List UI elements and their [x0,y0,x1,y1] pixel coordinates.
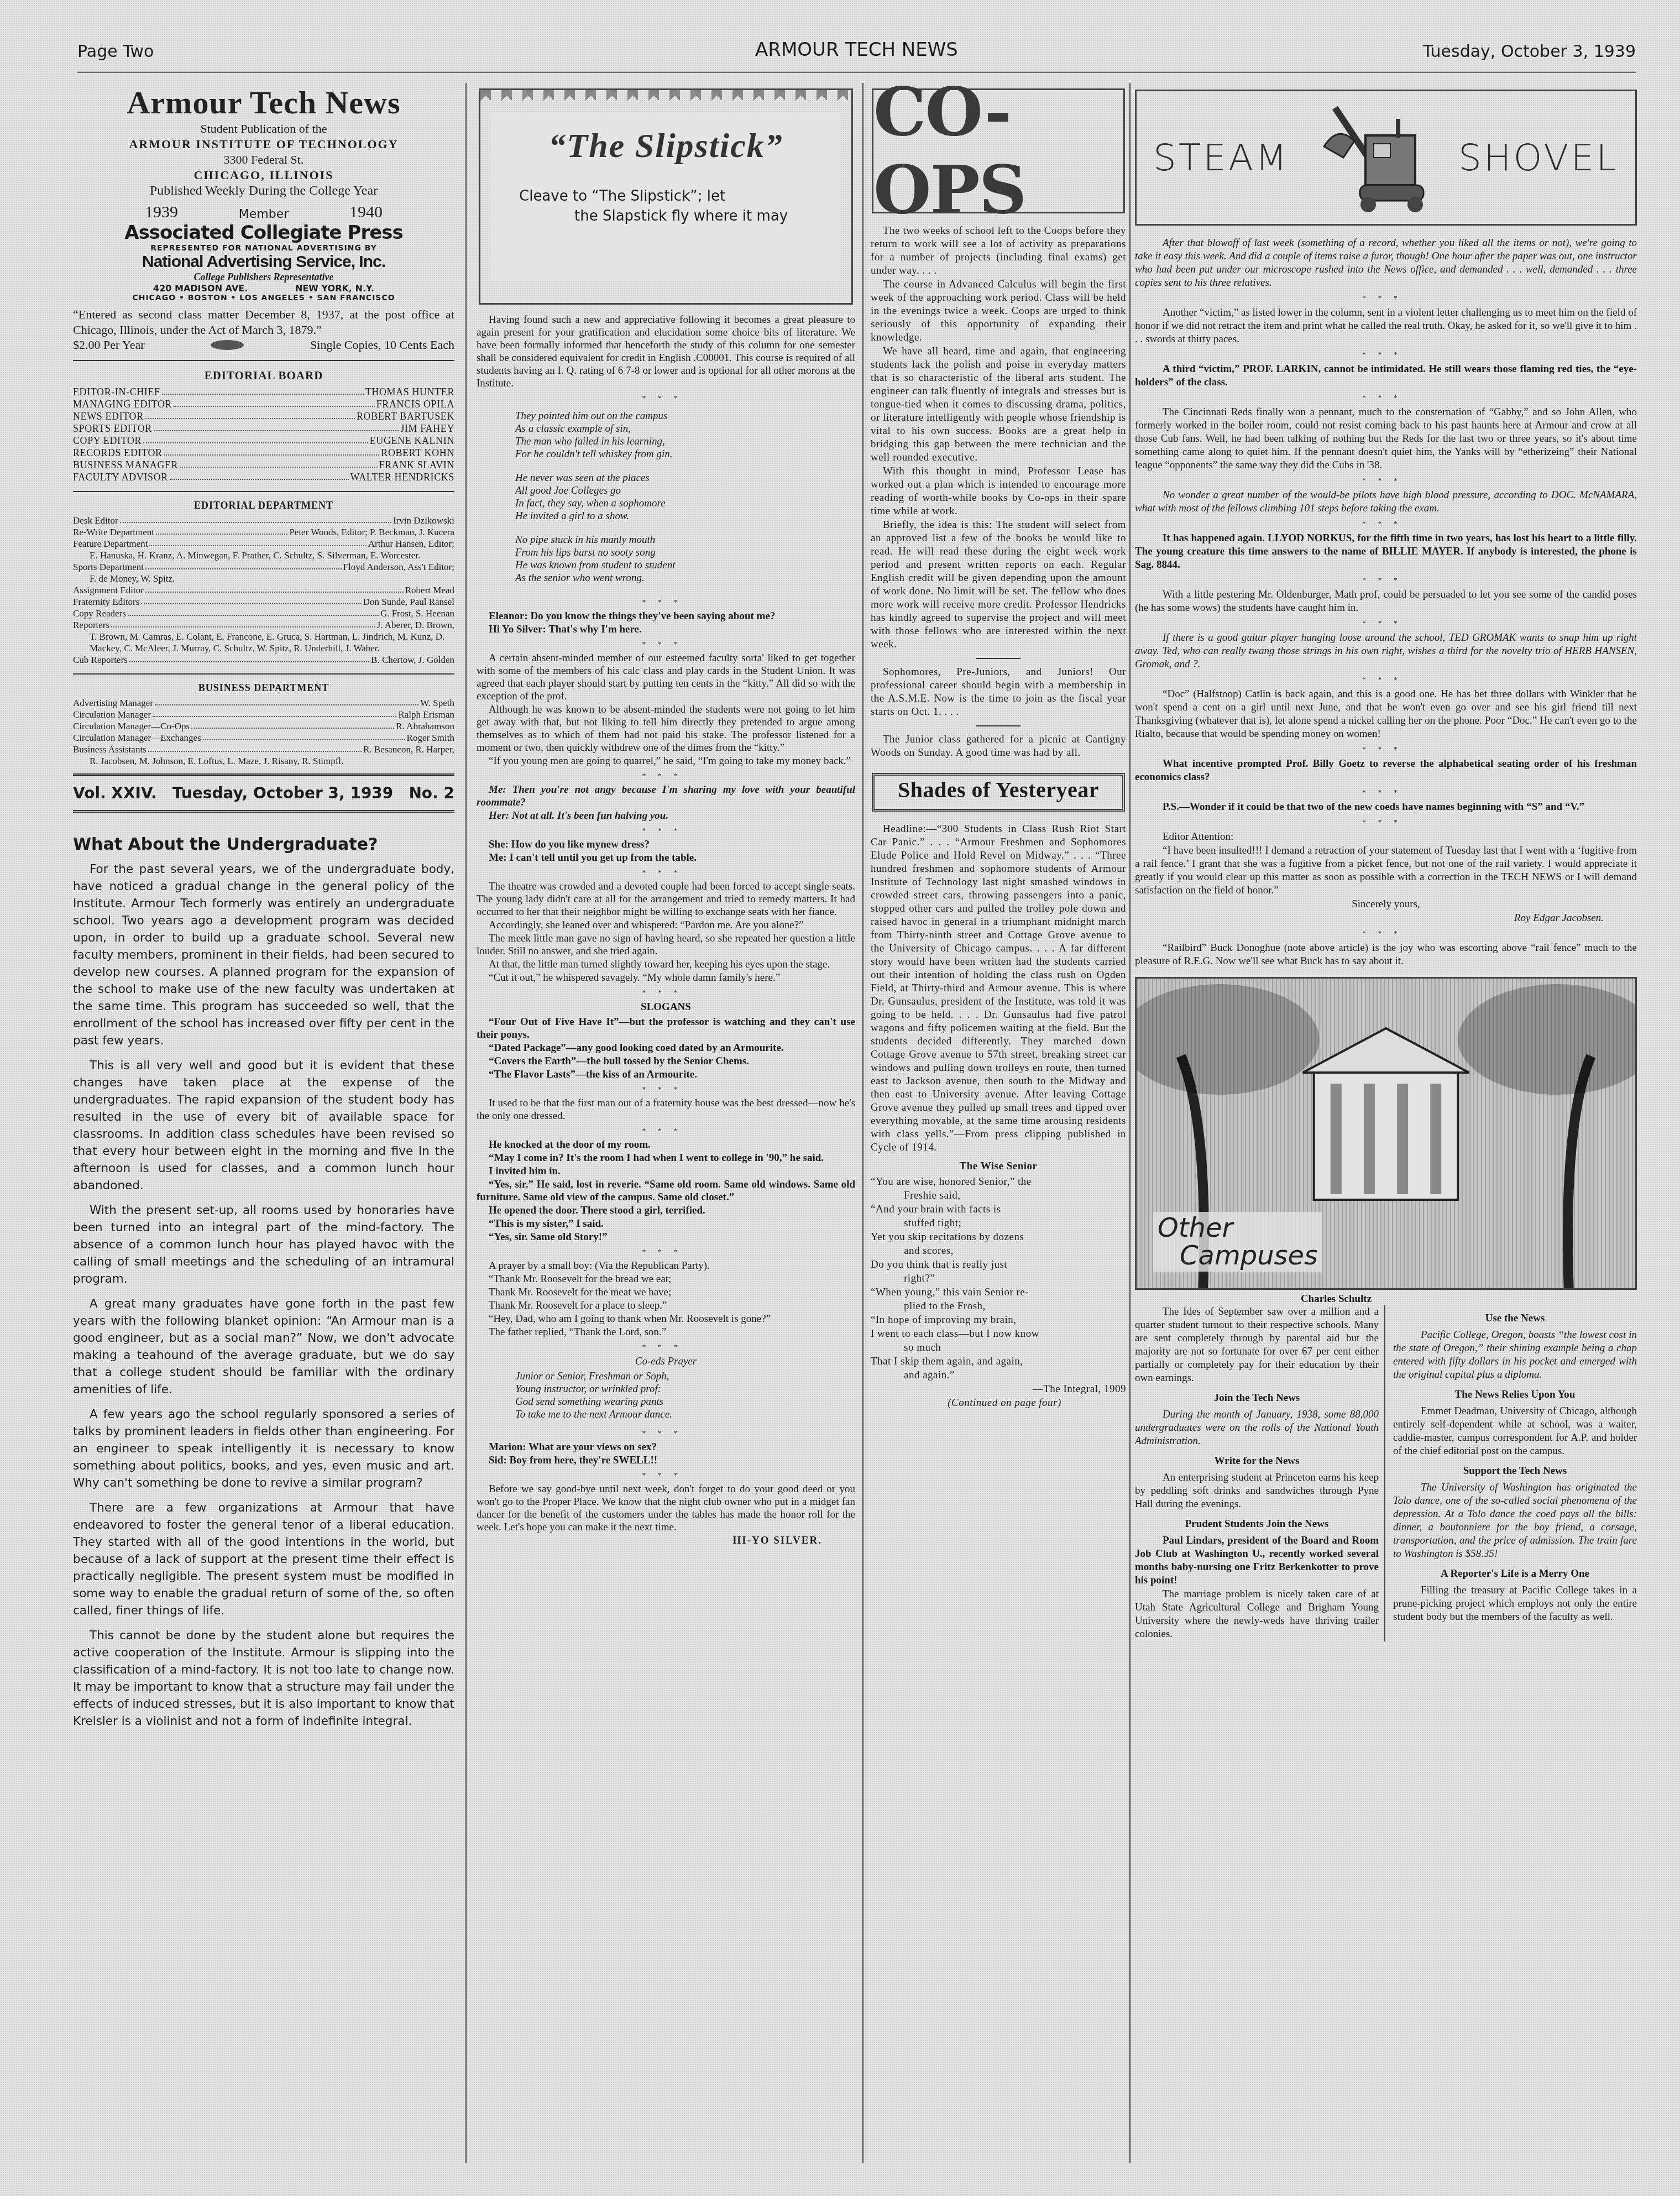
separator-stars: *** [477,1340,855,1353]
me-her-1: Me: Then you're not angy because I'm sha… [477,783,855,809]
year-left: 1939 [145,203,178,222]
staff-extra: R. Jacobsen, M. Johnson, E. Loftus, L. M… [73,755,454,767]
poem-line-cont: plied to the Frosh, [871,1300,1126,1313]
staff-role: NEWS EDITOR [73,410,144,422]
staff-name: JIM FAHEY [400,422,454,435]
shovel-word: SHOVEL [1458,137,1619,179]
separator-stars: *** [477,866,855,879]
paragraph: Thank Mr. Roosevelt for a place to sleep… [477,1299,855,1312]
staff-name: FRANK SLAVIN [379,459,454,471]
me-her-2: Her: Not at all. It's been fun halving y… [477,809,855,822]
steam-shovel-banner: STEAM SHOVEL [1135,90,1637,226]
slipstick-banner-inner: “The Slipstick” Cleave to “The Slipstick… [491,112,840,281]
coops-banner: CO-OPS [872,88,1125,213]
running-header: Page Two ARMOUR TECH NEWS Tuesday, Octob… [77,39,1636,67]
paragraph: “If you young men are going to quarrel,”… [477,755,855,767]
masthead-line: Student Publication of the [73,121,454,137]
staff-row: Assignment EditorRobert Mead [73,584,454,596]
campus-item: The University of Washington has origina… [1393,1481,1637,1561]
campus-item: An enterprising student at Princeton ear… [1135,1471,1379,1511]
eleanor-line: Eleanor: Do you know the things they've … [477,610,855,623]
poem-line: From his lips burst no sooty song [515,546,855,559]
leader-dots [111,619,375,628]
leader-dots [164,447,380,456]
poem-line: No pipe stuck in his manly mouth [515,534,855,546]
poem-stanza: No pipe stuck in his manly mouthFrom his… [515,534,855,584]
steam-shovel-item: After that blowoff of last week (somethi… [1135,237,1637,290]
staff-row: COPY EDITOREUGENE KALNIN [73,435,454,447]
separator-stars: *** [1135,616,1637,630]
paragraph: The course in Advanced Calculus will beg… [871,278,1126,344]
goodbye-paragraph: Before we say good-bye until next week, … [477,1483,855,1534]
paragraph: This cannot be done by the student alone… [73,1627,454,1730]
slipstick-body: Having found such a new and appreciative… [477,313,855,1547]
separator-stars: *** [477,1468,855,1481]
masthead-address: 3300 Federal St. [73,152,454,168]
member-label: Member [239,207,289,222]
staff-row: Sports DepartmentFloyd Anderson, Ass't E… [73,561,454,573]
poem-line: In fact, they say, when a sophomore [515,497,855,510]
other-campuses-illustration: Other Campuses [1135,977,1637,1290]
slipstick-column: “The Slipstick” Cleave to “The Slipstick… [477,83,855,2174]
campus-item: Filling the treasury at Pacific College … [1393,1584,1637,1624]
slipstick-signature: HI-YO SILVER. [477,1534,822,1547]
staff-role: Feature Department [73,538,148,550]
staff-row: Business AssistantsR. Besancon, R. Harpe… [73,744,454,755]
coeds-poem: Junior or Senior, Freshman or Soph,Young… [515,1370,855,1421]
paragraph: A prayer by a small boy: (Via the Republ… [477,1259,855,1272]
divider [73,491,454,492]
staff-row: ReportersJ. Aberer, D. Brown, [73,619,454,631]
staff-role: Circulation Manager—Exchanges [73,732,201,744]
campus-item: Pacific College, Oregon, boasts “the low… [1393,1329,1637,1382]
paragraph: “Yes, sir.” He said, lost in reverie. “S… [477,1178,855,1204]
paragraph: A certain absent-minded member of our es… [477,652,855,703]
paragraph: Thank Mr. Roosevelt for the meat we have… [477,1286,855,1299]
slipstick-motto-2: the Slapstick fly where it may [574,208,840,224]
cpr-label: College Publishers Representative [73,271,454,283]
asme-paragraph: Sophomores, Pre-Juniors, and Juniors! Ou… [871,666,1126,719]
steam-shovel-body: After that blowoff of last week (somethi… [1135,237,1637,968]
leader-dots [145,584,404,593]
staff-row: RECORDS EDITORROBERT KOHN [73,447,454,459]
coops-title: CO-OPS [873,83,1123,229]
staff-role: Circulation Manager—Co-Ops [73,720,190,732]
staff-extra: E. Hanuska, H. Kranz, A. Minwegan, F. Pr… [73,550,454,561]
leader-dots [149,538,366,546]
staff-role: SPORTS EDITOR [73,422,152,435]
separator-stars: *** [1135,573,1637,587]
volume-date: Tuesday, October 3, 1939 [172,784,394,802]
staff-name: Floyd Anderson, Ass't Editor; [343,561,454,573]
wise-senior-poem: “You are wise, honored Senior,” theFresh… [871,1175,1126,1382]
separator-stars: *** [1135,474,1637,487]
poem-line: Junior or Senior, Freshman or Soph, [515,1370,855,1383]
separator-stars: *** [477,824,855,836]
steam-shovel-items: After that blowoff of last week (somethi… [1135,237,1637,829]
nas-cities: CHICAGO • BOSTON • LOS ANGELES • SAN FRA… [73,294,454,302]
poem-line-cont: so much [871,1341,1126,1355]
leader-dots [170,471,349,480]
caption-other: Other [1158,1214,1318,1242]
poem-line: God send something wearing pants [515,1395,855,1408]
acp-years: 1939 Member 1940 [145,203,383,222]
poem-line-cont: Freshie said, [871,1189,1126,1202]
column-divider [465,83,467,2163]
staff-name: WALTER HENDRICKS [350,471,454,483]
paragraph: A great many graduates have gone forth i… [73,1295,454,1398]
separator-stars: *** [1135,517,1637,530]
poem-line-cont: stuffed tight; [871,1217,1126,1230]
leader-dots [156,526,287,535]
staff-row: Circulation ManagerRalph Erisman [73,709,454,720]
staff-role: Advertising Manager [73,697,153,709]
poem-line: As the senior who went wrong. [515,572,855,584]
separator-stars: *** [1135,927,1637,940]
steam-shovel-item: No wonder a great number of the would-be… [1135,489,1637,515]
staff-row: Advertising ManagerW. Speth [73,697,454,709]
paragraph: “Thank Mr. Roosevelt for the bread we ea… [477,1273,855,1285]
leader-dots [180,459,377,468]
paragraph: Briefly, the idea is this: The student w… [871,519,1126,651]
campus-item: The marriage problem is nicely taken car… [1135,1588,1379,1641]
steam-shovel-item: A third “victim,” PROF. LARKIN, cannot b… [1135,363,1637,389]
leader-dots [129,654,369,662]
staff-name: Arthur Hansen, Editor; [368,538,454,550]
leader-dots [174,398,375,407]
wise-source: —The Integral, 1909 [871,1383,1126,1396]
staff-name: W. Speth [420,697,454,709]
paragraph: “May I come in? It's the room I had when… [477,1152,855,1164]
staff-name: J. Aberer, D. Brown, [377,619,455,631]
editorial-department-heading: EDITORIAL DEPARTMENT [73,500,454,511]
knock-story: He knocked at the door of my room.“May I… [477,1138,855,1243]
paragraph: There are a few organizations at Armour … [73,1499,454,1619]
subheading: Write for the News [1135,1455,1379,1468]
staff-row: Desk EditorIrvin Dzikowski [73,515,454,526]
leader-dots [155,697,418,705]
separator-stars: *** [477,1245,855,1258]
staff-name: R. Besancon, R. Harper, [363,744,454,755]
campus-item: During the month of January, 1938, some … [1135,1408,1379,1448]
slogans-list: “Four Out of Five Have It”—but the profe… [477,1016,855,1081]
steam-shovel-item: “Doc” (Halfstoop) Catlin is back again, … [1135,688,1637,741]
volume-number: Vol. XXIV. [73,784,157,802]
volume-line: Vol. XXIV. Tuesday, October 3, 1939 No. … [73,783,454,803]
poem-line: For he couldn't tell whiskey from gin. [515,448,855,461]
she-me-2: Me: I can't tell until you get up from t… [477,851,855,864]
slipstick-title: “The Slipstick” [491,127,840,166]
staff-row: SPORTS EDITORJIM FAHEY [73,422,454,435]
subheading: A Reporter's Life is a Merry One [1393,1567,1637,1581]
paragraph: Accordingly, she leaned over and whisper… [477,919,855,932]
acp-logo: Associated Collegiate Press [73,222,454,244]
poem-line: I went to each class—but I now know [871,1327,1126,1341]
paragraph: At that, the little man turned slightly … [477,958,855,971]
staff-name: ROBERT BARTUSEK [357,410,454,422]
junior-paragraph: The Junior class gathered for a picnic a… [871,733,1126,760]
price-single: Single Copies, 10 Cents Each [310,338,454,352]
leader-dots [162,386,364,395]
steam-shovel-column: STEAM SHOVEL After that blowoff of last … [1135,83,1637,2174]
steam-shovel-item: It has happened again. LLYOD NORKUS, for… [1135,532,1637,572]
hiyo-line: Hi Yo Silver: That's why I'm here. [477,623,855,636]
other-campuses-left: The Ides of September saw over a million… [1135,1305,1385,1641]
staff-row: Circulation Manager—ExchangesRoger Smith [73,732,454,744]
staff-name: G. Frost, S. Heenan [380,608,454,619]
she-me-1: She: How do you like mynew dress? [477,838,855,851]
staff-name: FRANCIS OPILA [376,398,454,410]
other-campuses-body: The Ides of September saw over a million… [1135,1305,1637,1641]
slipstick-poem: They pointed him out on the campusAs a c… [515,410,855,584]
paper-name: ARMOUR TECH NEWS [77,39,1636,61]
paragraph: “The Flavor Lasts”—the kiss of an Armour… [477,1068,855,1081]
coops-column: CO-OPS The two weeks of school left to t… [871,83,1126,2174]
staff-name: Don Sunde, Paul Ransel [363,596,454,608]
staff-name: R. Abrahamson [396,720,454,732]
fraternity-joke: It used to be that the first man out of … [477,1097,855,1122]
poem-line: He was known from student to student [515,559,855,572]
poem-line: They pointed him out on the campus [515,410,855,422]
poem-line: The man who failed in his learning, [515,435,855,448]
paragraph: The father replied, “Thank the Lord, son… [477,1326,855,1338]
paragraph: Although he was known to be absent-minde… [477,703,855,754]
staff-name: Ralph Erisman [398,709,454,720]
leader-dots [203,732,405,740]
prayer-story: A prayer by a small boy: (Via the Republ… [477,1259,855,1338]
separator-stars: *** [1135,743,1637,756]
paragraph: This is all very well and good but it is… [73,1057,454,1194]
steam-shovel-item: The Cincinnati Reds finally won a pennan… [1135,406,1637,472]
paragraph: “Four Out of Five Have It”—but the profe… [477,1016,855,1041]
addr-right: NEW YORK, N.Y. [295,283,374,294]
column-divider [1129,83,1131,2163]
wise-senior-title: The Wise Senior [871,1160,1126,1173]
staff-row: Re-Write DepartmentPeter Woods, Editor; … [73,526,454,538]
staff-name: Roger Smith [407,732,454,744]
union-label-icon [211,340,244,350]
separator-stars: *** [477,637,855,650]
separator-stars: *** [1135,291,1637,305]
paragraph: “Covers the Earth”—the bull tossed by th… [477,1055,855,1068]
poem-line: As a classic example of sin, [515,422,855,435]
separator-stars: *** [1135,786,1637,799]
slogans-heading: SLOGANS [477,1001,855,1013]
staff-role: Cub Reporters [73,654,128,666]
staff-row: FACULTY ADVISORWALTER HENDRICKS [73,471,454,483]
divider [73,810,454,813]
staff-row: NEWS EDITORROBERT BARTUSEK [73,410,454,422]
subheading: Use the News [1393,1312,1637,1325]
represented-label: REPRESENTED FOR NATIONAL ADVERTISING BY [73,244,454,253]
leader-dots [191,720,394,729]
separator-stars: *** [477,1426,855,1439]
theatre-story: The theatre was crowded and a devoted co… [477,880,855,984]
paragraph: A few years ago the school regularly spo… [73,1406,454,1492]
leader-dots [141,596,361,604]
addr-left: 420 MADISON AVE. [153,283,248,294]
other-campuses-right: Use the NewsPacific College, Oregon, boa… [1393,1305,1637,1641]
staff-name: THOMAS HUNTER [365,386,454,398]
column-divider [862,83,863,2163]
paragraph: For the past several years, we of the un… [73,861,454,1049]
subheading: The News Relies Upon You [1393,1388,1637,1402]
slipstick-intro: Having found such a new and appreciative… [477,313,855,390]
continued-note: (Continued on page four) [871,1397,1126,1410]
paragraph: I invited him in. [477,1165,855,1178]
paragraph: He opened the door. There stood a girl, … [477,1204,855,1217]
poem-line: “And your brain with facts is [871,1203,1126,1216]
price-line: $2.00 Per Year Single Copies, 10 Cents E… [73,338,454,352]
editorial-board-heading: EDITORIAL BOARD [73,369,454,383]
subheading: Join the Tech News [1135,1392,1379,1405]
divider [73,360,454,361]
poem-line-cont: and again.” [871,1369,1126,1382]
staff-role: Reporters [73,619,109,631]
editorial-board-list: EDITOR-IN-CHIEFTHOMAS HUNTERMANAGING EDI… [73,386,454,483]
separator-stars: *** [477,986,855,998]
steam-shovel-icon [1318,97,1429,218]
staff-role: Assignment Editor [73,584,144,596]
staff-row: Feature DepartmentArthur Hansen, Editor; [73,538,454,550]
leader-dots [145,561,342,569]
staff-name: EUGENE KALNIN [370,435,454,447]
newspaper-page: Page Two ARMOUR TECH NEWS Tuesday, Octob… [0,0,1680,2196]
divider [73,773,454,776]
marion-line: Marion: What are your views on sex? [477,1441,855,1453]
staff-role: RECORDS EDITOR [73,447,163,459]
staff-role: Desk Editor [73,515,118,526]
steam-shovel-item: With a little pestering Mr. Oldenburger,… [1135,588,1637,615]
price-year: $2.00 Per Year [73,338,145,352]
staff-role: MANAGING EDITOR [73,398,172,410]
shades-title: Shades of Yesteryear [898,777,1099,802]
campus-item: The Ides of September saw over a million… [1135,1305,1379,1385]
poem-line: Young instructor, or wrinkled prof: [515,1383,855,1395]
paragraph: With the present set-up, all rooms used … [73,1202,454,1288]
sid-line: Sid: Boy from here, they're SWELL!! [477,1454,855,1467]
slipstick-banner: “The Slipstick” Cleave to “The Slipstick… [479,88,853,305]
masthead-city: CHICAGO, ILLINOIS [73,168,454,183]
staff-role: Sports Department [73,561,144,573]
nas-address: 420 MADISON AVE. NEW YORK, N.Y. [153,283,374,294]
issue-number: No. 2 [409,784,454,802]
staff-role: Business Assistants [73,744,146,755]
staff-role: Circulation Manager [73,709,151,720]
campus-item: Emmet Deadman, University of Chicago, al… [1393,1405,1637,1458]
paragraph: “Yes, sir. Same old Story!” [477,1231,855,1243]
business-department-heading: BUSINESS DEPARTMENT [73,682,454,694]
poem-line: “In hope of improving my brain, [871,1314,1126,1327]
coops-paragraphs: The two weeks of school left to the Coop… [871,224,1126,651]
poem-stanza: He never was seen at the placesAll good … [515,472,855,522]
staff-role: BUSINESS MANAGER [73,459,178,471]
paragraph: He knocked at the door of my room. [477,1138,855,1151]
staff-role: Copy Readers [73,608,126,619]
letter-signer: Roy Edgar Jacobsen. [1135,912,1604,925]
illustration-credit: Charles Schultz [1135,1293,1537,1305]
steam-shovel-item: P.S.—Wonder if it could be that two of t… [1135,801,1637,814]
masthead-institution: ARMOUR INSTITUTE OF TECHNOLOGY [73,137,454,152]
leader-dots [145,410,355,419]
leader-dots [120,515,391,523]
issue-date: Tuesday, October 3, 1939 [1423,42,1636,61]
leader-dots [148,744,362,752]
poem-line: He invited a girl to a show. [515,510,855,522]
separator-stars: *** [1135,391,1637,404]
staff-row: MANAGING EDITORFRANCIS OPILA [73,398,454,410]
poem-line: He never was seen at the places [515,472,855,484]
separator-stars: *** [477,769,855,782]
paragraph: The meek little man gave no sign of havi… [477,932,855,958]
staff-role: EDITOR-IN-CHIEF [73,386,160,398]
poem-line: That I skip them again, and again, [871,1355,1126,1368]
shades-paragraph: Headline:—“300 Students in Class Rush Ri… [871,823,1126,1154]
staff-row: BUSINESS MANAGERFRANK SLAVIN [73,459,454,471]
editorial-body: For the past several years, we of the un… [73,861,454,1730]
separator-stars: *** [1135,673,1637,686]
nas-logo: National Advertising Service, Inc. [73,253,454,271]
steam-word: STEAM [1153,137,1289,179]
subheading: Prudent Students Join the News [1135,1518,1379,1531]
paragraph: With this thought in mind, Professor Lea… [871,465,1126,518]
staff-role: FACULTY ADVISOR [73,471,168,483]
staff-name: Peter Woods, Editor; P. Beckman, J. Kuce… [289,526,454,538]
steam-shovel-item: If there is a good guitar player hanging… [1135,631,1637,671]
poem-line: “When young,” this vain Senior re- [871,1286,1126,1299]
business-department-list: Advertising ManagerW. SpethCirculation M… [73,697,454,767]
steam-shovel-item: Another “victim,” as listed lower in the… [1135,306,1637,346]
poem-line: To take me to the next Armour dance. [515,1408,855,1421]
staff-name: B. Chertow, J. Golden [371,654,454,666]
prof-story: A certain absent-minded member of our es… [477,652,855,767]
staff-extra: T. Brown, M. Camras, E. Colant, E. Franc… [73,631,454,654]
staff-role: Fraternity Editors [73,596,139,608]
leader-dots [128,608,379,616]
leader-dots [153,709,396,717]
poem-line: Do you think that is really just [871,1258,1126,1272]
paragraph: We have all heard, time and again, that … [871,345,1126,464]
paragraph: “Dated Package”—any good looking coed da… [477,1042,855,1054]
masthead-column: Armour Tech News Student Publication of … [73,83,454,2174]
poem-line: Yet you skip recitations by dozens [871,1231,1126,1244]
letter-heading: Editor Attention: [1135,830,1637,844]
slipstick-motto-1: Cleave to “The Slipstick”; let [519,188,840,205]
campus-item: Paul Lindars, president of the Board and… [1135,1534,1379,1587]
staff-name: Robert Mead [405,584,454,596]
separator-stars: *** [1135,815,1637,829]
separator-stars: *** [477,1124,855,1137]
coops-body: The two weeks of school left to the Coop… [871,224,1126,1410]
staff-row: Cub ReportersB. Chertow, J. Golden [73,654,454,666]
staff-row: Copy ReadersG. Frost, S. Heenan [73,608,454,619]
separator-stars: *** [1135,348,1637,361]
staff-extra: F. de Money, W. Spitz. [73,573,454,584]
editorial-title: What About the Undergraduate? [73,835,454,854]
poem-stanza: They pointed him out on the campusAs a c… [515,410,855,461]
editorial-department-list: Desk EditorIrvin DzikowskiRe-Write Depar… [73,515,454,666]
steam-shovel-item: What incentive prompted Prof. Billy Goet… [1135,757,1637,784]
shades-banner: Shades of Yesteryear [872,773,1125,812]
paragraph: “Cut it out,” he whispered savagely. “My… [477,971,855,984]
staff-row: Circulation Manager—Co-OpsR. Abrahamson [73,720,454,732]
masthead-title: Armour Tech News [73,84,454,121]
short-rule [976,725,1020,726]
short-rule [976,658,1020,659]
staff-row: EDITOR-IN-CHIEFTHOMAS HUNTER [73,386,454,398]
paragraph: The two weeks of school left to the Coop… [871,224,1126,278]
letter-closing: Sincerely yours, [1135,898,1637,911]
